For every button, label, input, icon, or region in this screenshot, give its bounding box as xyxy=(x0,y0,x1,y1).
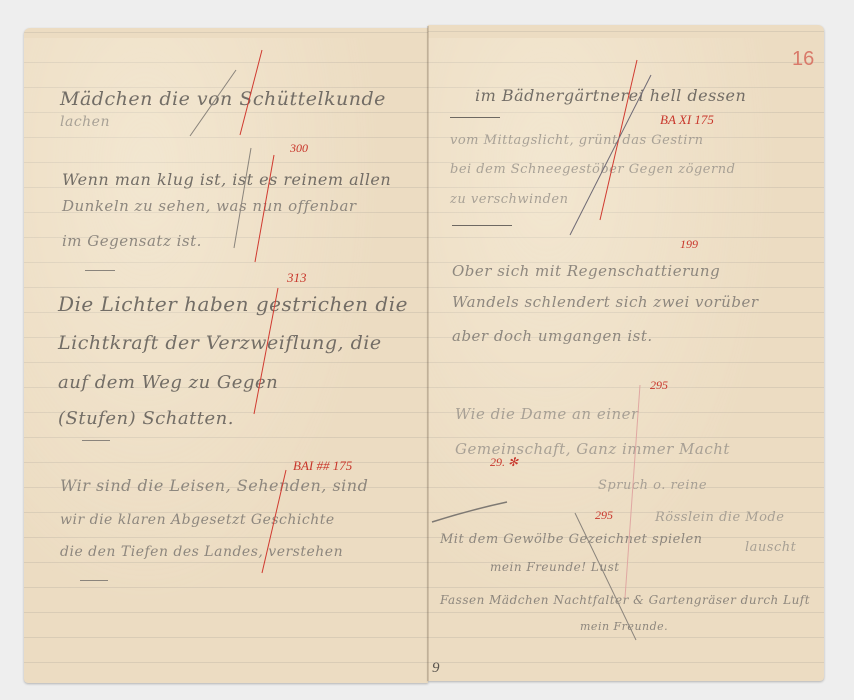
cross-out-strokes xyxy=(0,0,854,700)
notebook-spread: Mädchen die von Schüttelkunde lachen Wen… xyxy=(0,0,854,700)
